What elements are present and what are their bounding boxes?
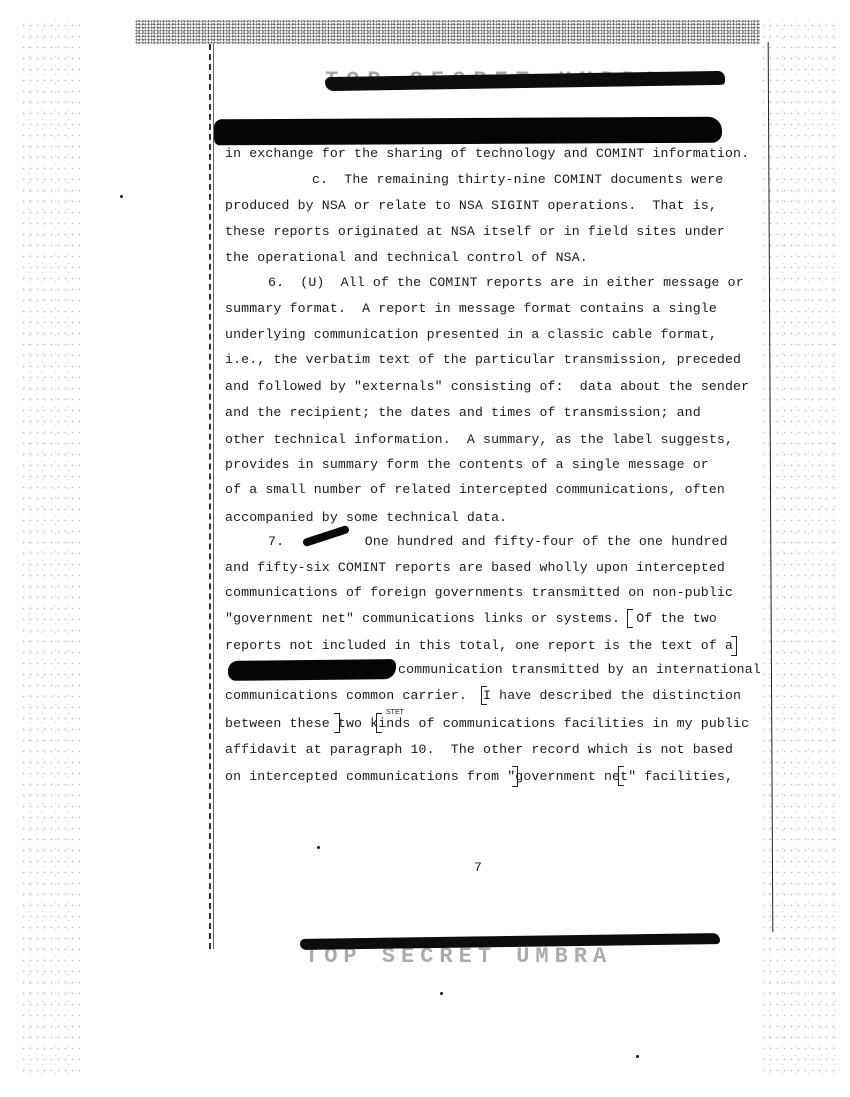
- text-line: and followed by "externals" consisting o…: [225, 379, 749, 394]
- bracket-open-mark: [481, 686, 487, 705]
- text-line: in exchange for the sharing of technolog…: [225, 146, 749, 161]
- text-line: "government net" communications links or…: [225, 611, 717, 626]
- text-line: affidavit at paragraph 10. The other rec…: [225, 742, 733, 757]
- classification-header: TOP SECRET UMBRA: [325, 68, 725, 94]
- text-line: i.e., the verbatim text of the particula…: [225, 352, 741, 367]
- page-frame-left: [209, 44, 211, 949]
- text-line: summary format. A report in message form…: [225, 301, 717, 316]
- scan-speck: [440, 992, 443, 995]
- text-line: c. The remaining thirty-nine COMINT docu…: [312, 172, 723, 187]
- text-line: and fifty-six COMINT reports are based w…: [225, 560, 725, 575]
- text-line: on intercepted communications from "gove…: [225, 769, 733, 784]
- scan-speck: [636, 1055, 639, 1058]
- text-line: produced by NSA or relate to NSA SIGINT …: [225, 198, 717, 213]
- scan-noise-left: [20, 20, 80, 1077]
- bracket-close-mark: [334, 713, 340, 733]
- bracket-open-mark: [376, 713, 382, 733]
- bracket-close-mark: [512, 766, 518, 787]
- text-line: provides in summary form the contents of…: [225, 457, 709, 472]
- text-line: communication transmitted by an internat…: [398, 662, 761, 677]
- text-line: accompanied by some technical data.: [225, 510, 507, 525]
- classification-footer: TOP SECRET UMBRA: [300, 932, 720, 972]
- text-line: reports not included in this total, one …: [225, 638, 733, 653]
- scan-speck: [317, 846, 320, 849]
- text-line: underlying communication presented in a …: [225, 327, 717, 342]
- handwritten-stet-annotation: STET: [386, 709, 404, 716]
- text-line: other technical information. A summary, …: [225, 432, 733, 447]
- text-line: communications of foreign governments tr…: [225, 585, 733, 600]
- bracket-open-mark: [618, 766, 624, 786]
- text-line: between these two kinds of communication…: [225, 716, 749, 731]
- page-frame-left-inner: [213, 44, 214, 949]
- bracket-close-mark: [731, 636, 737, 656]
- redaction-bar-inline: [228, 659, 396, 681]
- scan-top-band: [135, 20, 760, 44]
- page-number: 7: [474, 860, 482, 875]
- redaction-bar-top: [214, 117, 722, 146]
- text-line: the operational and technical control of…: [225, 250, 588, 265]
- bracket-open-mark: [627, 609, 633, 628]
- paragraph-6-start: 6. (U) All of the COMINT reports are in …: [268, 275, 744, 290]
- text-line: these reports originated at NSA itself o…: [225, 224, 725, 239]
- text-line: and the recipient; the dates and times o…: [225, 405, 701, 420]
- scan-speck: [120, 195, 123, 198]
- text-line: of a small number of related intercepted…: [225, 482, 725, 497]
